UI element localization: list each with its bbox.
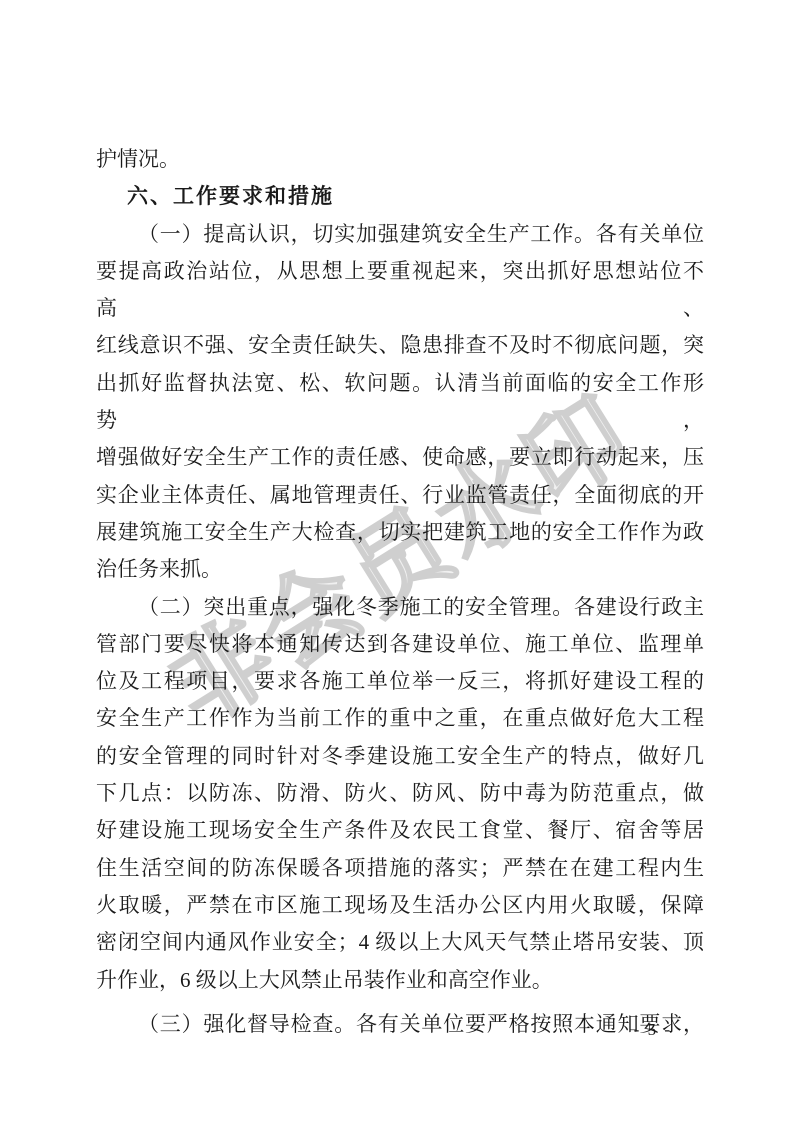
- text-line: 管部门要尽快将本通知传达到各建设单位、施工单位、监理单: [96, 626, 704, 663]
- text-line: （三）强化督导检查。各有关单位要严格按照本通知要求，: [96, 1006, 704, 1043]
- text-line: 好建设施工现场安全生产条件及农民工食堂、餐厅、宿舍等居: [96, 812, 704, 849]
- text-line: 要提高政治站位，从思想上要重视起来，突出抓好思想站位不高、: [96, 253, 704, 328]
- text-line: （二）突出重点，强化冬季施工的安全管理。各建设行政主: [96, 589, 704, 626]
- text-line: 下几点：以防冻、防滑、防火、防风、防中毒为防范重点，做: [96, 775, 704, 812]
- document-body: 护情况。六、工作要求和措施（一）提高认识，切实加强建筑安全生产工作。各有关单位要…: [96, 141, 704, 1043]
- text-line: 出抓好监督执法宽、松、软问题。认清当前面临的安全工作形势，: [96, 365, 704, 440]
- text-line: 治任务来抓。: [96, 551, 704, 588]
- text-line: 位及工程项目，要求各施工单位举一反三，将抓好建设工程的: [96, 663, 704, 700]
- document-page: 非会员水印 护情况。六、工作要求和措施（一）提高认识，切实加强建筑安全生产工作。…: [0, 0, 793, 1122]
- text-line: 火取暖，严禁在市区施工现场及生活办公区内用火取暖，保障: [96, 887, 704, 924]
- text-line: 住生活空间的防冻保暖各项措施的落实；严禁在在建工程内生: [96, 850, 704, 887]
- text-line: （一）提高认识，切实加强建筑安全生产工作。各有关单位: [96, 216, 704, 253]
- page-number: - 5 -: [634, 1020, 672, 1040]
- text-line: 红线意识不强、安全责任缺失、隐患排查不及时不彻底问题，突: [96, 327, 704, 364]
- text-line: 护情况。: [96, 141, 704, 178]
- text-line: 的安全管理的同时针对冬季建设施工安全生产的特点，做好几: [96, 738, 704, 775]
- text-line: 升作业，6 级以上大风禁止吊装作业和高空作业。: [96, 962, 704, 999]
- text-line: 安全生产工作作为当前工作的重中之重，在重点做好危大工程: [96, 700, 704, 737]
- text-line: 实企业主体责任、属地管理责任、行业监管责任，全面彻底的开: [96, 477, 704, 514]
- text-line: 展建筑施工安全生产大检查，切实把建筑工地的安全工作作为政: [96, 514, 704, 551]
- text-line: 密闭空间内通风作业安全；4 级以上大风天气禁止塔吊安装、顶: [96, 924, 704, 961]
- text-line: 增强做好安全生产工作的责任感、使命感，要立即行动起来，压: [96, 439, 704, 476]
- section-heading: 六、工作要求和措施: [96, 178, 704, 215]
